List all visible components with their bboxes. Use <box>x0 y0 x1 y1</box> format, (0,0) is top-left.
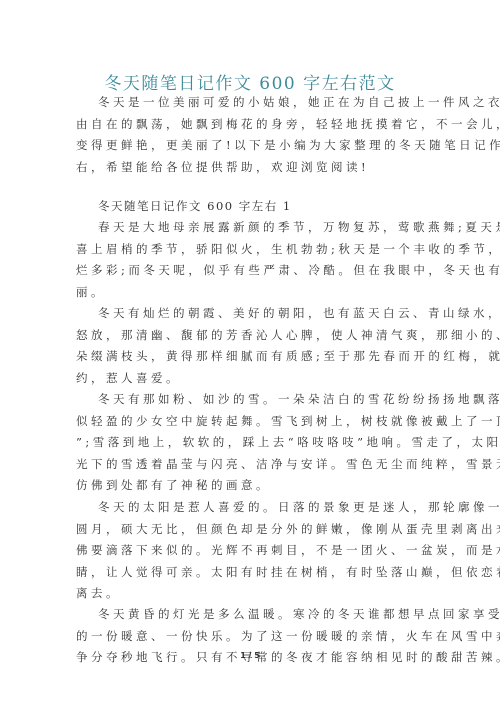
paragraph-spring-summer-autumn: 春天是大地母亲展露新颜的季节，万物复苏，莺歌燕舞;夏天是太阳公公 喜上眉梢的季节… <box>76 217 422 303</box>
text-line: 变得更鲜艳，更美丽了!以下是小编为大家整理的冬天随笔日记作文 600 字左 <box>76 135 422 157</box>
paragraph-winter-snow: 冬天有那如粉、如沙的雪。一朵朵洁白的雪花纷纷扬扬地飘落下来，好 似轻盈的少女空中… <box>76 389 422 497</box>
text-line: 睛，让人觉得可亲。太阳有时挂在树梢，有时坠落山巅，但依恋着，迟迟不忍 <box>76 562 422 584</box>
text-line: 似轻盈的少女空中旋转起舞。雪飞到树上，树枝就像被戴上了一顶“雪白王冠 <box>76 411 422 433</box>
document-page: 冬天随笔日记作文 600 字左右范文 冬天是一位美丽可爱的小姑娘，她正在为自己披… <box>0 0 500 707</box>
page-number: 1 / 5 <box>0 651 500 660</box>
text-line: 约，惹人喜爱。 <box>76 368 422 390</box>
text-line: 烂多彩;而冬天呢，似乎有些严肃、冷酷。但在我眼中，冬天也有它别致的美 <box>76 260 422 282</box>
text-line: 朵缀满枝头，黄得那样细腻而有质感;至于那先春而开的红梅，就更是风姿绰 <box>76 346 422 368</box>
paragraph-winter-plum: 冬天有灿烂的朝霞、美好的朝阳，也有蓝天白云、青山绿水，更有凌寒 怒放，那清幽、馥… <box>76 303 422 389</box>
text-line: 佛要滴落下来似的。光辉不再刺目，不是一团火、一盆炭，而是水汪汪的眼 <box>76 540 422 562</box>
text-line: 冬天有那如粉、如沙的雪。一朵朵洁白的雪花纷纷扬扬地飘落下来，好 <box>76 389 422 411</box>
text-line: 冬天的太阳是惹人喜爱的。日落的景象更是迷人，那轮廓像一轮饱满的 <box>76 497 422 519</box>
text-line: ”;雪落到地上，软软的，踩上去“咯吱咯吱”地响。雪走了，太阳出来了。阳 <box>76 432 422 454</box>
text-line: 仿佛到处都有了神秘的画意。 <box>76 475 422 497</box>
text-line: 喜上眉梢的季节，骄阳似火，生机勃勃;秋天是一个丰收的季节，五彩斑斓，绚 <box>76 239 422 261</box>
text-line: 光下的雪透着晶莹与闪亮、洁净与安详。雪色无尘而纯粹，雪景无声而亮丽， <box>76 454 422 476</box>
text-line: 冬天有灿烂的朝霞、美好的朝阳，也有蓝天白云、青山绿水，更有凌寒 <box>76 303 422 325</box>
text-line: 冬天是一位美丽可爱的小姑娘，她正在为自己披上一件风之衣，在风中自 <box>76 92 422 114</box>
section-heading: 冬天随笔日记作文 600 字左右 1 <box>98 198 292 214</box>
text-line: 右，希望能给各位提供帮助，欢迎浏览阅读! <box>76 157 422 179</box>
text-line: 的一份暖意、一份快乐。为了这一份暖暖的亲情，火车在风雪中奔驰，航班在 <box>76 626 422 648</box>
text-line: 圆月，硕大无比，但颜色却是分外的鲜嫩，像刚从蛋壳里剥离出来的蛋黄，仿 <box>76 519 422 541</box>
text-line: 由自在的飘荡，她飘到梅花的身旁，轻轻地抚摸着它，不一会儿，梅花的颜色 <box>76 114 422 136</box>
text-line: 春天是大地母亲展露新颜的季节，万物复苏，莺歌燕舞;夏天是太阳公公 <box>76 217 422 239</box>
text-line: 丽。 <box>76 282 422 304</box>
paragraph-winter-sun: 冬天的太阳是惹人喜爱的。日落的景象更是迷人，那轮廓像一轮饱满的 圆月，硕大无比，… <box>76 497 422 605</box>
text-line: 离去。 <box>76 583 422 605</box>
text-line: 怒放，那清幽、馥郁的芳香沁人心脾，使人神清气爽，那细小的、鹅黄色的花 <box>76 325 422 347</box>
intro-paragraph: 冬天是一位美丽可爱的小姑娘，她正在为自己披上一件风之衣，在风中自 由自在的飘荡，… <box>76 92 422 178</box>
text-line: 冬天黄昏的灯光是多么温暖。寒冷的冬天谁都想早点回家享受亲人团聚 <box>76 604 422 626</box>
